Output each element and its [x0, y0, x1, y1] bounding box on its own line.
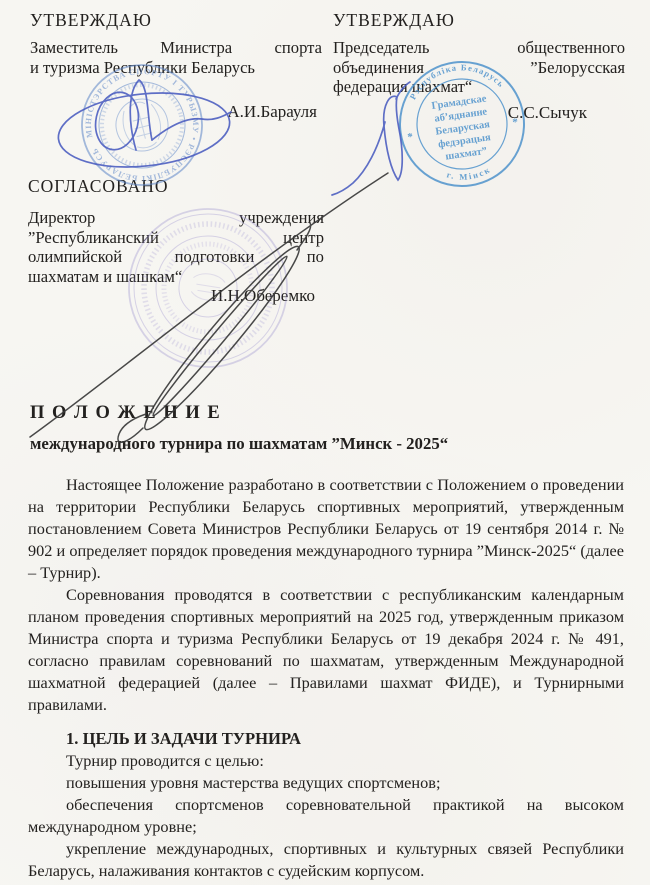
document-page: УТВЕРЖДАЮ ЗаместительМинистраспорта и ту…: [0, 0, 650, 885]
svg-text:г. Мінск: г. Мінск: [444, 163, 493, 184]
section-1-heading: 1. ЦЕЛЬ И ЗАДАЧИ ТУРНИРА: [28, 728, 624, 750]
federation-stamp-line: федэрацыя: [437, 132, 491, 150]
agreer-name-oberemko: И.Н.Оберемко: [28, 286, 324, 306]
title-block: П О Л О Ж Е Н И Е международного турнира…: [30, 402, 626, 454]
approver-role-line: Председательобщественного: [333, 38, 625, 58]
approver-role-line: и туризма Республики Беларусь: [30, 58, 322, 78]
approval-block-left: УТВЕРЖДАЮ ЗаместительМинистраспорта и ту…: [30, 10, 322, 122]
goal-item: повышения уровня мастерства ведущих спор…: [28, 772, 624, 794]
approver-name-baraulya: А.И.Барауля: [30, 102, 322, 122]
agreer-role-line: ”Республиканскийцентр: [28, 228, 324, 248]
document-body: Настоящее Положение разработано в соотве…: [28, 474, 624, 882]
document-title: П О Л О Ж Е Н И Е: [30, 402, 626, 424]
agreer-role-line: олимпийскойподготовкипо: [28, 247, 324, 267]
agreer-role-line: шахматам и шашкам“: [28, 267, 324, 287]
agreement-heading: СОГЛАСОВАНО: [28, 176, 324, 196]
goal-item: укрепление международных, спортивных и к…: [28, 838, 624, 882]
approver-role-line: ЗаместительМинистраспорта: [30, 38, 322, 58]
goal-item: обеспечения спортсменов соревновательной…: [28, 794, 624, 838]
federation-stamp-star-left: *: [407, 131, 415, 144]
approval-block-right: УТВЕРЖДАЮ Председательобщественного объе…: [333, 10, 625, 123]
paragraph-legal-basis: Настоящее Положение разработано в соотве…: [28, 474, 624, 584]
paragraph-calendar-plan: Соревнования проводятся в соответствии с…: [28, 584, 624, 716]
approver-role-line: объединения”Белорусская: [333, 58, 625, 78]
approver-name-sychuk: С.С.Сычук: [333, 103, 625, 123]
federation-stamp-arc-bottom: г. Мінск: [444, 163, 493, 184]
document-subtitle: международного турнира по шахматам ”Минс…: [30, 433, 626, 454]
federation-stamp-line: шахмат”: [445, 146, 488, 163]
approval-heading-left: УТВЕРЖДАЮ: [30, 10, 322, 30]
approval-heading-right: УТВЕРЖДАЮ: [333, 10, 625, 30]
approver-role-line: федерация шахмат“: [333, 77, 625, 97]
section-1-intro: Турнир проводится с целью:: [28, 750, 624, 772]
agreer-role-line: Директоручреждения: [28, 208, 324, 228]
agreement-block: СОГЛАСОВАНО Директоручреждения ”Республи…: [28, 176, 324, 306]
